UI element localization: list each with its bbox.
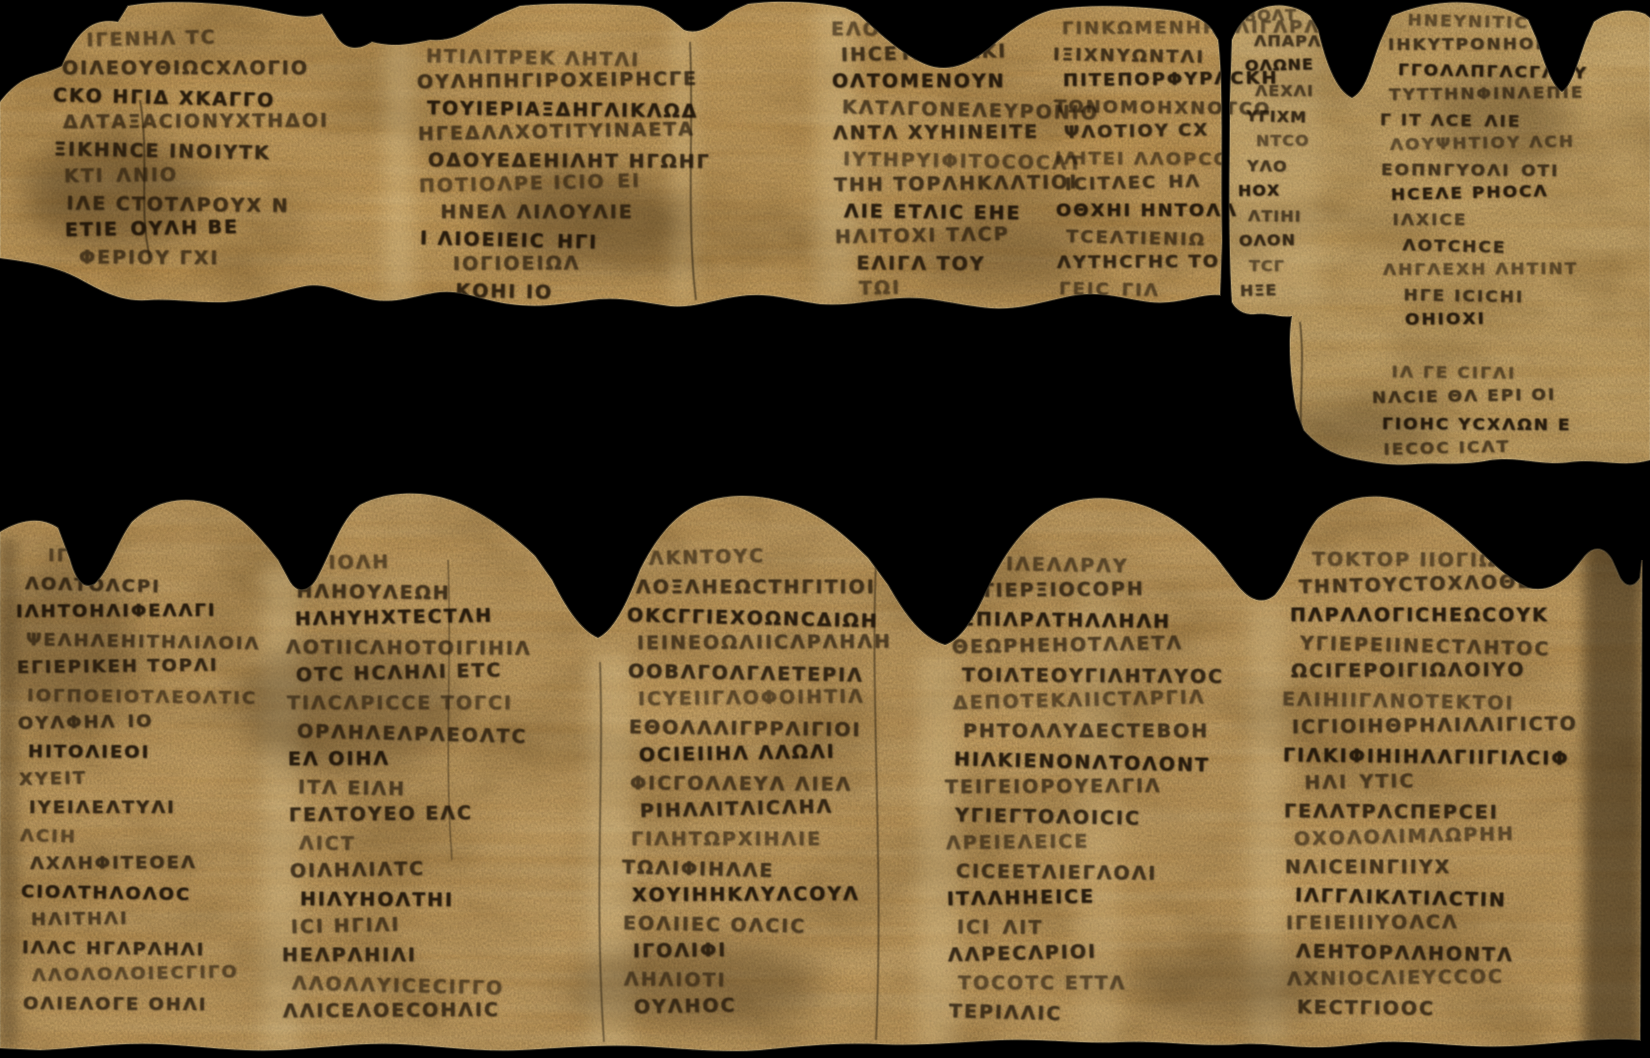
greek-text-line: ΙΛΧΙϹΕ [1382,211,1644,235]
greek-text-line: ΕΤΙΕ ΟΥΛΗ ΒΕ [65,213,410,245]
greek-text-line: ΓΕΛΤΟΥΕΟ ΕΛϹ [289,801,594,832]
greek-text-line: ΦΕΡΙΟΥ ΓΧΙ [56,247,401,275]
papyrus-column-top-5: ΒΟΛΤΛΠΑΡΛΟΛΩΝΕΛΕΧΛΙΥΓΙΧΜΝΤϹΟΥΛΟΗΟΧΛΤΙΗΙΟ… [1238,6,1323,306]
papyrus-column-bottom-4: ΙΛΕΛΛΡΛΥ ΟΤΙΕΡΞΙΟϹΟΡΗΕΠΙΛΡΛΤΗΛΛΗΛΗΘΕΩΡΗΕ… [945,552,1250,1028]
greek-text-line: ΩϹΙΓΕΡΟΙΓΙΩΛΟΙΥΟ [1291,658,1636,687]
greek-text-line: ΛΗΓΛΕΧΗ ΛΗΤΙΝΤ [1383,259,1645,285]
greek-text-line: ΙΓΕΙΕΙΙΙΥΟΛϹΛ [1286,910,1631,939]
papyrus-column-top-6-lower: ΙΛ ΓΕ ϹΙΓΛΙΝΛϹΙΕ ΘΛ ΕΡΙ ΟΙΓΙΟΗϹ ΥϹΧΛΩΝ Ε… [1372,362,1622,466]
greek-text-line: ΧΟΥΙΗΗΚΛΥΛϹΟΥΛ [632,883,927,912]
greek-text-line: ΓΙΛΗΤΩΡΧΙΗΛΙΕ [631,829,926,856]
greek-text-line: ΘΕΩΡΗΕΗΟΤΛΛΕΤΛ [952,631,1257,663]
greek-text-line: ΝΛΙϹΕΙΝΓΙΙΥΧ [1285,857,1630,884]
greek-text-line: ΟΛΙΕΛΟΓΕ ΟΗΛΙ [23,994,278,1022]
greek-text-line: ΠΛΡΛΛΟΓΙϹΗΕΩϹΟΥΚ [1290,605,1635,632]
greek-text-line: ΟΛΩΝΕ [1245,54,1331,80]
greek-text-line: ΔΛΤΑΞΑϹΙΟΝΥΧΤΗΔΟΙ [63,109,408,137]
greek-text-layer: ΙΓΕΝΗΛ ΤϹΟΙΛΕΟΥΘΙΩϹΧΛΟΓΙΟϹΚΟ ΗΓΙΔ ΧΚΑΓΓΟ… [0,0,1650,1058]
greek-text-line: ΟΥΛΗΟϹ [634,991,929,1023]
greek-text-line: ΛΤΙΗΙ [1248,207,1333,232]
greek-text-line: ΥΓΙΧΜ [1246,107,1332,133]
greek-text-line: ΙΥΕΙΛΕΛΤΥΛΙ [29,798,284,825]
greek-text-line: ΛΧΝΙΟϹΛΙΕΥϹϹΟϹ [1287,964,1632,995]
greek-text-line: ΙΕΙΝΕΟΩΛΙΙϹΛΡΛΗΛΗ [637,631,932,660]
greek-text-line: ΤΟϹΟΤϹ ΕΤΤΛ [958,973,1263,1000]
papyrus-scroll-photo: ΙΓΕΝΗΛ ΤϹΟΙΛΕΟΥΘΙΩϹΧΛΟΓΙΟϹΚΟ ΗΓΙΔ ΧΚΑΓΓΟ… [0,0,1650,1058]
greek-text-line: ΗΟΧ [1238,180,1323,205]
greek-text-line: ΕΛ ΟΙΗΛ [288,747,593,776]
greek-text-line: ΗϹΕΛΕ ΡΗΟϹΛ [1391,179,1650,209]
papyrus-column-bottom-3: ΛΚΝΤΟΥϹΛΟΞΛΗΕΩϹΤΗΓΙΤΙΟΙΟΚϹΓΓΙΕΧΟΩΝϹΔΙΩΗΙ… [622,548,917,1024]
greek-text-line: ΤϹΓ [1249,257,1334,282]
greek-text-line: ΚΤΙ ΛΝΙΟ [64,161,409,191]
greek-text-line: ΛΕΧΛΙ [1255,82,1340,106]
greek-text-line: ΙΟΓΙΟΕΙΩΛ [430,251,870,279]
greek-text-line: ΕΓΙΕΡΙΚΕΗ ΤΟΡΛΙ [17,654,272,684]
papyrus-column-bottom-2: ΙΟΛΗ ΗΛΗΟΥΛΕΩΗΗΛΗΥΗΧΤΕϹΤΛΗΛΟΤΙΙϹΛΗΟΤΟΙΓΙ… [282,552,587,1028]
greek-text-line: ΟΥΛΗΠΗΓΙΡΟΧΕΙΡΗϹΓΕ [417,66,857,96]
greek-text-line: ΟΙΛΗΛΙΛΤϹ [290,855,595,887]
greek-text-line: ΗΞΕ [1240,279,1326,305]
greek-text-line: ΛΡΕΙΕΛΕΙϹΕ [946,829,1251,860]
greek-text-line: ΗΛΙΤΗΛΙ [31,906,286,936]
greek-text-line: ΥΛΟ [1247,157,1332,183]
greek-text-line: ΛΛΙϹΕΛΟΕϹΟΗΛΙϹ [283,999,588,1028]
greek-text-line: ΤΕΡΙΛΛΙϹ [949,1001,1255,1035]
papyrus-column-top-1: ΙΓΕΝΗΛ ΤϹΟΙΛΕΟΥΘΙΩϹΧΛΟΓΙΟϹΚΟ ΗΓΙΔ ΧΚΑΓΓΟ… [52,30,397,273]
greek-text-line: ΗΝΕΛ ΛΙΛΟΥΛΙΕ [429,202,869,227]
greek-text-line: ΟΗΙΟΧΙ [1384,307,1646,334]
greek-text-line: ΛΟΥΨΗΤΙΟΥ ΛϹΗ [1390,131,1650,160]
greek-text-line: ΗΛΗΥΗΧΤΕϹΤΛΗ [295,603,600,635]
greek-text-line: ΧΥΕΙΤ [19,763,275,796]
greek-text-line: ΛΛΟΛΟΛΟΙΕϹΓΙΓΟ [32,961,287,993]
greek-text-line: ΤΙΛϹΛΡΙϹϹΕ ΤΟΓϹΙ [287,693,592,720]
greek-text-line: ΙΓΛ [15,546,270,573]
papyrus-column-bottom-1: ΙΓΛΛΟΛΤΟΛϹΡΙΙΛΗΤΟΗΛΙΦΕΛΛΓΙΨΕΛΗΛΕΗΙΤΗΛΙΛΟ… [14,545,269,1021]
greek-text-line: ΟΛΟΝ [1239,230,1324,256]
greek-text-line: ΙΗΚΥΤΡΟΝΗΟΡϹΙ [1388,34,1650,60]
greek-text-line: ΟΙΛΕΟΥΘΙΩϹΧΛΟΓΙΟ [62,58,407,84]
greek-text-line: ΝΤϹΟ [1256,131,1341,156]
greek-text-line: ΝΛϹΙΕ ΘΛ ΕΡΙ ΟΙ [1372,384,1622,414]
greek-text-line: ΗΛΙ ΥΤΙϹ [1293,766,1638,799]
greek-text-line: ΙΤΛΛΗΗΕΙϹΕ [947,883,1252,915]
greek-text-line: ΡΗΤΟΛΛΥΔΕϹΤΕΒΟΗ [963,721,1268,748]
greek-text-line: ΚΕϹΤΓΙΟΟϹ [1297,997,1642,1028]
greek-text-line: ΗΕΛΡΛΗΙΛΙ [282,945,587,972]
greek-text-line: ΟΤΙΕΡΞΙΟϹΟΡΗ [951,577,1256,608]
papyrus-column-top-2: ΗΤΙΛΙΤΡΕΚ ΛΗΤΛΙΟΥΛΗΠΗΓΙΡΟΧΕΙΡΗϹΓΕΤΟΥΙΕΡΙ… [415,45,855,305]
papyrus-column-top-6: ΗΝΕΥΝΙΤΙϹ ΟΙΙΗΚΥΤΡΟΝΗΟΡϹΙΓΓΟΛΛΠΓΛϹΓΛΟΥΤΥ… [1380,10,1642,335]
greek-text-line: ΙϹΓΙΟΙΗΘΡΗΛΙΛΛΙΓΙϹΤΟ [1292,712,1637,743]
greek-text-line: ΛΧΛΗΦΙΤΕΟΕΛ [30,852,285,880]
greek-text-line: ΟΥΛΦΗΛ ΙΟ [18,709,273,741]
greek-text-line: ΙΓΟΛΙΦΙ [633,937,928,967]
greek-text-line: ΙΛΗΤΟΗΛΙΦΕΛΛΓΙ [16,600,271,628]
greek-text-line: ΤΥΤΤΗΝΦΙΝΛΕΠΙΕ [1389,82,1650,109]
greek-text-line: ΤΕΙΓΕΙΟΡΟΥΕΛΓΙΛ [945,775,1250,804]
greek-text-line: ΟϹΙΕΙΙΗΛ ΛΛΩΛΙ [639,739,934,771]
papyrus-column-bottom-5: ΤΟΚΤΟΡ ΙΙΟΓΙΩΤΗΝΤΟΥϹΤΟΧΛΟΘΕΛΠΛΡΛΛΟΓΙϹΗΕΩ… [1282,548,1627,1024]
greek-text-line: ΙϹΥΕΙΙΓΛΟΦΟΙΗΤΙΛ [638,685,933,715]
